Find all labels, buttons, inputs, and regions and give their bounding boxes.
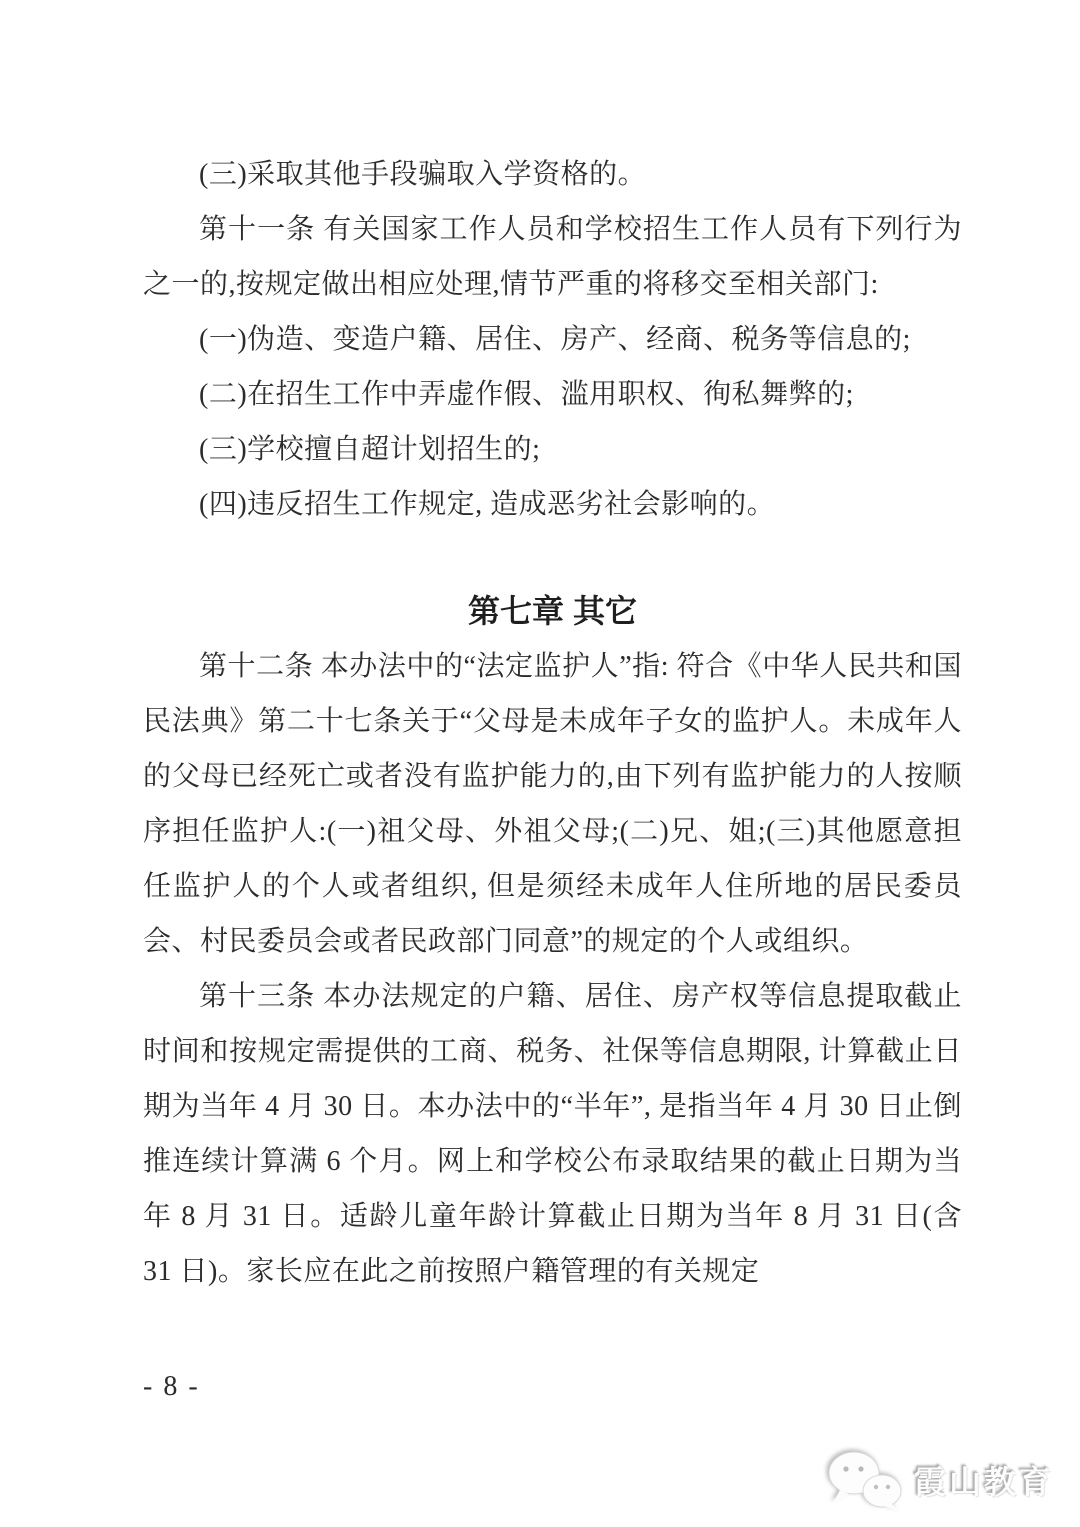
chapter-paragraphs: 第十二条 本办法中的“法定监护人”指: 符合《中华人民共和国民法典》第二十七条关… (143, 639, 962, 1299)
watermark-brand-text: 霞山教育 (914, 1457, 1054, 1503)
paragraph: 第十一条 有关国家工作人员和学校招生工作人员有下列行为之一的,按规定做出相应处理… (143, 202, 962, 312)
page-number: - 8 - (143, 1372, 200, 1402)
paragraph: (四)违反招生工作规定, 造成恶劣社会影响的。 (143, 477, 962, 532)
paragraph: (二)在招生工作中弄虚作假、滥用职权、徇私舞弊的; (143, 367, 962, 422)
watermark: 霞山教育 (826, 1449, 1054, 1511)
paragraph: 第十二条 本办法中的“法定监护人”指: 符合《中华人民共和国民法典》第二十七条关… (143, 639, 962, 969)
document-body: (三)采取其他手段骗取入学资格的。第十一条 有关国家工作人员和学校招生工作人员有… (143, 147, 962, 1299)
document-page: (三)采取其他手段骗取入学资格的。第十一条 有关国家工作人员和学校招生工作人员有… (0, 0, 1080, 1527)
wechat-icon (826, 1449, 902, 1511)
paragraph: (三)学校擅自超计划招生的; (143, 422, 962, 477)
article-paragraphs: (三)采取其他手段骗取入学资格的。第十一条 有关国家工作人员和学校招生工作人员有… (143, 147, 962, 532)
paragraph: (三)采取其他手段骗取入学资格的。 (143, 147, 962, 202)
paragraph: 第十三条 本办法规定的户籍、居住、房产权等信息提取截止时间和按规定需提供的工商、… (143, 969, 962, 1299)
chapter-heading: 第七章 其它 (143, 584, 962, 639)
paragraph: (一)伪造、变造户籍、居住、房产、经商、税务等信息的; (143, 312, 962, 367)
